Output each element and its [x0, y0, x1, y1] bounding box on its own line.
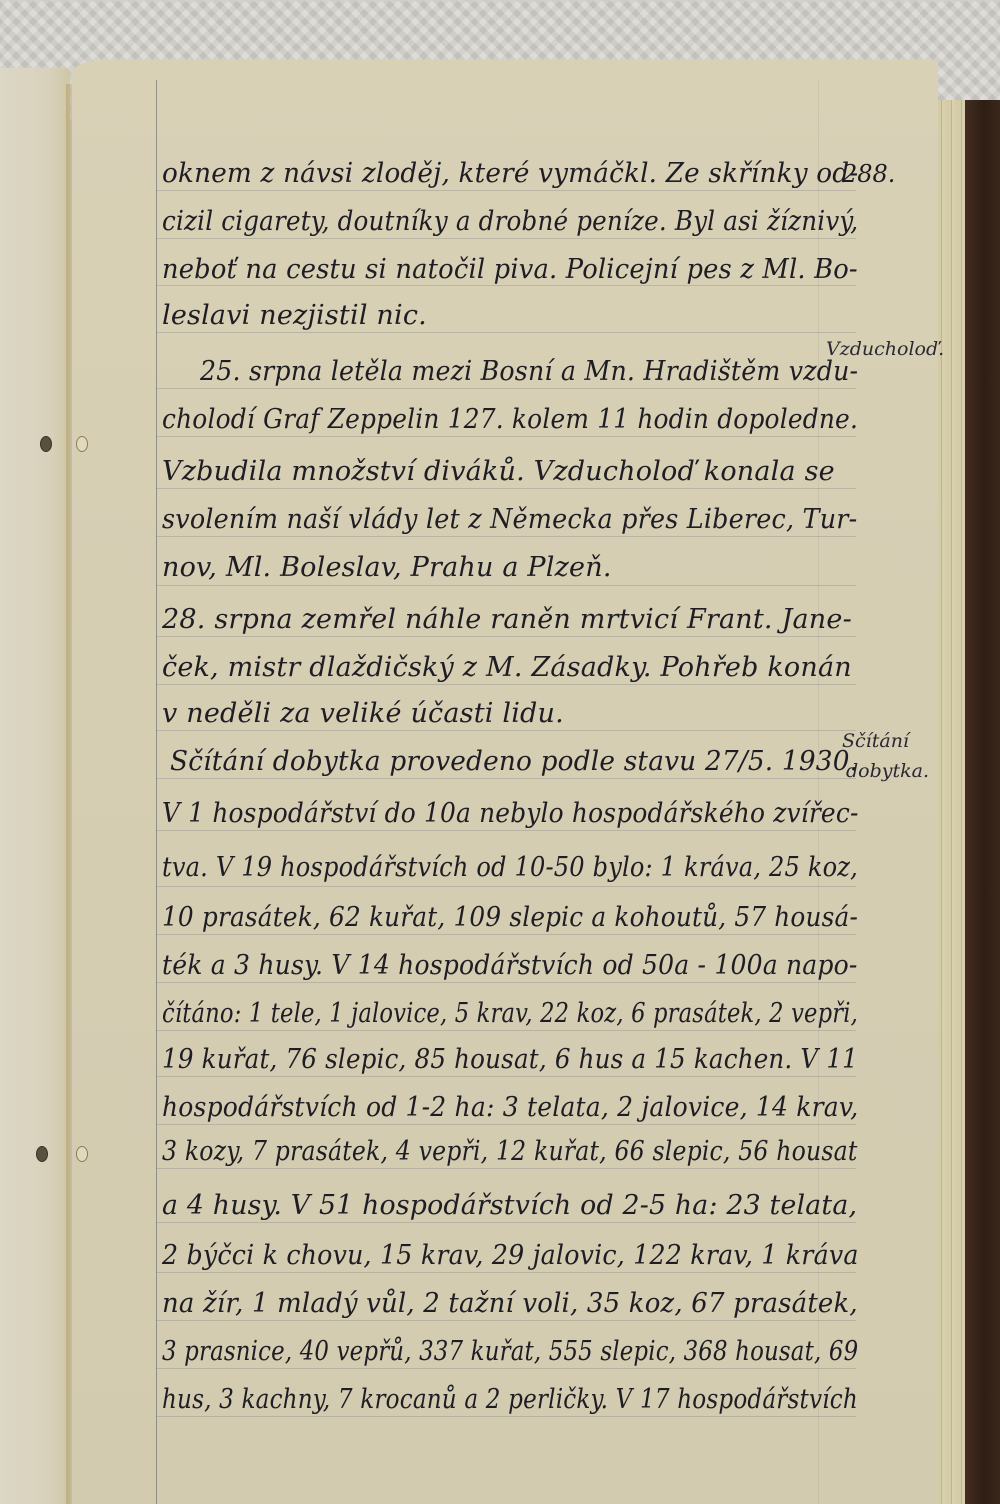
text-line: a 4 husy. V 51 hospodářstvích od 2-5 ha:…	[162, 1190, 857, 1221]
text-line: hus, 3 kachny, 7 krocanů a 2 perličky. V…	[162, 1384, 858, 1415]
text-line: 19 kuřat, 76 slepic, 85 housat, 6 hus a …	[162, 1044, 858, 1075]
text-line: cizil cigarety, doutníky a drobné peníze…	[162, 206, 858, 237]
left-page-edge	[0, 68, 70, 1504]
text-line: hospodářstvích od 1-2 ha: 3 telata, 2 ja…	[162, 1092, 858, 1123]
ruled-line	[156, 190, 856, 191]
text-line: neboť na cestu si natočil piva. Policejn…	[162, 254, 858, 285]
ruled-line	[156, 488, 856, 489]
text-line: svolením naší vlády let z Německa přes L…	[162, 504, 857, 535]
ruled-line	[156, 1272, 856, 1273]
text-line: nov, Ml. Boleslav, Prahu a Plzeň.	[162, 552, 612, 583]
ruled-line	[156, 886, 856, 887]
ruled-line	[156, 1076, 856, 1077]
binding-hole-icon	[36, 1146, 48, 1162]
ruled-line	[156, 436, 856, 437]
ruled-line	[156, 388, 856, 389]
page-stack-edge	[935, 100, 965, 1504]
ruled-line	[156, 1368, 856, 1369]
text-line: tva. V 19 hospodářstvích od 10-50 bylo: …	[162, 852, 858, 883]
ruled-line	[156, 684, 856, 685]
ruled-line	[156, 934, 856, 935]
ruled-line	[156, 238, 856, 239]
text-line: 2 býčci k chovu, 15 krav, 29 jalovic, 12…	[162, 1240, 859, 1271]
ruled-line	[156, 585, 856, 586]
ruled-line	[156, 1124, 856, 1125]
text-line: V 1 hospodářství do 10a nebylo hospodářs…	[162, 798, 859, 829]
text-line: 28. srpna zemřel náhle raněn mrtvicí Fra…	[162, 604, 852, 635]
text-line: 3 prasnice, 40 vepřů, 337 kuřat, 555 sle…	[162, 1336, 858, 1367]
text-line: čítáno: 1 tele, 1 jalovice, 5 krav, 22 k…	[162, 998, 858, 1029]
text-line: ték a 3 husy. V 14 hospodářstvích od 50a…	[162, 950, 858, 981]
text-line: Vzbudila množství diváků. Vzducholoď kon…	[162, 456, 835, 487]
text-line: ček, mistr dlaždičský z M. Zásadky. Pohř…	[162, 652, 852, 683]
binding-hole-icon	[76, 1146, 88, 1162]
text-line: v neděli za veliké účasti lidu.	[162, 698, 564, 729]
ruled-line	[156, 1416, 856, 1417]
text-line: leslavi nezjistil nic.	[162, 300, 427, 331]
margin-note-census-line2: dobytka.	[846, 760, 929, 782]
ruled-line	[156, 1168, 856, 1169]
ruled-line	[156, 285, 856, 286]
ruled-line	[156, 1030, 856, 1031]
text-line: 3 kozy, 7 prasátek, 4 vepři, 12 kuřat, 6…	[162, 1136, 857, 1167]
ruled-line	[156, 536, 856, 537]
text-line: oknem z návsi zloděj, které vymáčkl. Ze …	[162, 158, 858, 189]
ruled-line	[156, 778, 856, 779]
text-line: Sčítání dobytka provedeno podle stavu 27…	[170, 746, 858, 777]
ruled-line	[156, 730, 856, 731]
ruled-line	[156, 982, 856, 983]
ruled-line	[156, 1320, 856, 1321]
text-line: 10 prasátek, 62 kuřat, 109 slepic a koho…	[162, 902, 858, 933]
left-margin-rule	[156, 80, 157, 1504]
text-line: na žír, 1 mladý vůl, 2 tažní voli, 35 ko…	[162, 1288, 858, 1319]
binding-hole-icon	[40, 436, 52, 452]
ruled-line	[156, 830, 856, 831]
binding-hole-icon	[76, 436, 88, 452]
ruled-line	[156, 332, 856, 333]
ruled-line	[156, 636, 856, 637]
book-cover-edge	[960, 100, 1000, 1504]
text-line: 25. srpna letěla mezi Bosní a Mn. Hradiš…	[200, 356, 858, 387]
text-line: cholodí Graf Zeppelin 127. kolem 11 hodi…	[162, 404, 858, 435]
ruled-line	[156, 1222, 856, 1223]
